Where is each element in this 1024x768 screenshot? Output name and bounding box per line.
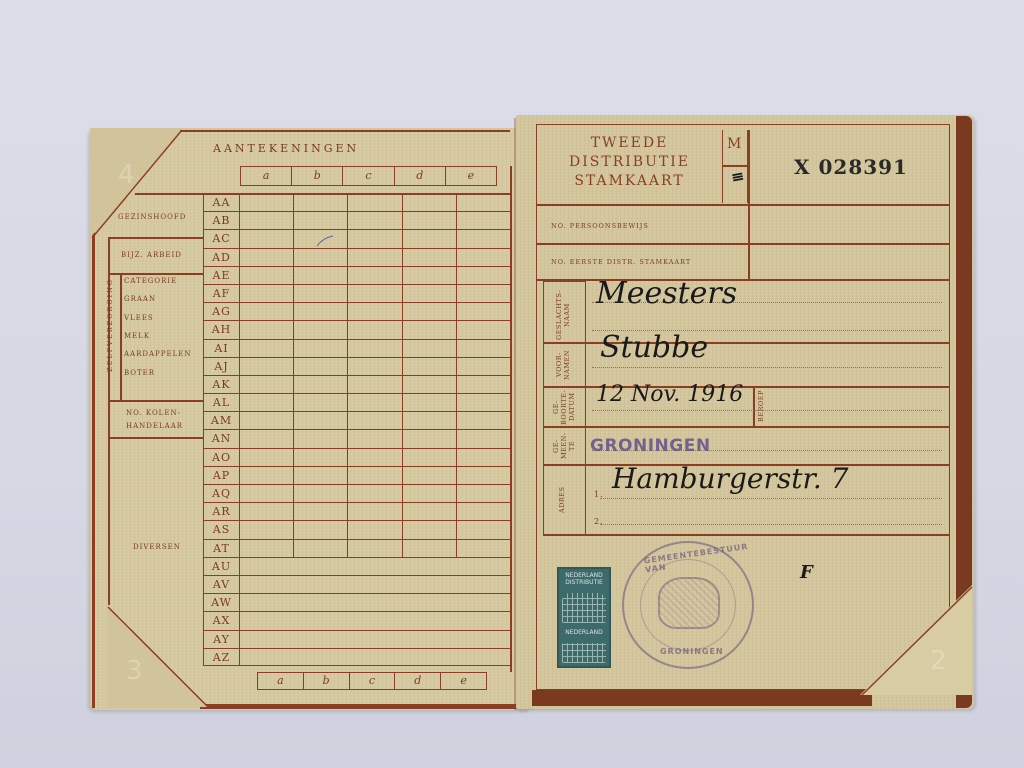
grid-cell[interactable] [457, 303, 510, 320]
grid-cell[interactable] [457, 285, 510, 302]
zelfverzorging-divider [120, 273, 122, 400]
divider [543, 426, 950, 428]
column-footer-c: c [350, 673, 396, 689]
label-vlees: VLEES [124, 314, 154, 322]
corner-number-2: 2 [930, 646, 947, 676]
row-code: AF [204, 284, 239, 302]
grid-cell[interactable] [348, 503, 402, 520]
grid-cell[interactable] [348, 394, 402, 411]
seal-bottom-text: GRONINGEN [660, 647, 724, 656]
table-row-wide[interactable] [240, 630, 510, 648]
grid-cell[interactable] [457, 358, 510, 375]
address-line-2-num: 2. [594, 517, 604, 526]
label-categorie: CATEGORIE [124, 277, 177, 285]
title-line-3: STAMKAART [537, 172, 722, 191]
table-row [240, 266, 510, 284]
row-code: AS [204, 520, 239, 538]
table-row [240, 375, 510, 393]
label-gemeente: GE- MEEN- TE [552, 430, 576, 462]
grid-cell[interactable] [348, 521, 402, 538]
m-label: M [727, 136, 741, 152]
grid-cell[interactable] [294, 358, 348, 375]
grid-cell[interactable] [403, 485, 457, 502]
grid-cell[interactable] [348, 485, 402, 502]
grid-cell[interactable] [294, 485, 348, 502]
table-row [240, 429, 510, 447]
title-line-2: DISTRIBUTIE [537, 153, 722, 172]
table-row [240, 448, 510, 466]
grid-cell[interactable] [240, 230, 294, 247]
grid-cell[interactable] [294, 249, 348, 266]
handwritten-f: F [800, 562, 813, 583]
label-geslachtsnaam: GESLACHTS- NAAM [555, 290, 571, 340]
beroep-divider [753, 386, 755, 426]
row-code: AZ [204, 648, 239, 666]
grid-cell[interactable] [457, 449, 510, 466]
row-code: AA [204, 193, 239, 211]
stamp-pattern-icon [562, 593, 606, 623]
stamp-bottom-text: NEDERLAND [565, 629, 603, 636]
grid-cell[interactable] [403, 449, 457, 466]
row-code: AI [204, 339, 239, 357]
writing-line [600, 524, 942, 525]
grid-cell[interactable] [403, 412, 457, 429]
grid-cell[interactable] [403, 503, 457, 520]
grid-cell[interactable] [348, 376, 402, 393]
column-header-a: a [241, 167, 292, 185]
label-gezinshoofd: GEZINSHOOFD [118, 213, 186, 221]
row-code: AO [204, 448, 239, 466]
distribution-stamp: NEDERLAND DISTRIBUTIE NEDERLAND [557, 567, 611, 668]
row-code: AL [204, 393, 239, 411]
table-row-wide[interactable] [240, 557, 510, 575]
notes-grid [240, 193, 510, 666]
grid-cell[interactable] [403, 394, 457, 411]
grid-cell[interactable] [403, 376, 457, 393]
grid-cell[interactable] [403, 521, 457, 538]
grid-cell[interactable] [294, 503, 348, 520]
card-title: TWEEDE DISTRIBUTIE STAMKAART [537, 127, 722, 204]
grid-cell[interactable] [240, 430, 294, 447]
grid-cell[interactable] [240, 249, 294, 266]
writing-line [600, 498, 942, 499]
grid-cell[interactable] [240, 212, 294, 229]
left-top-border [180, 130, 510, 132]
table-row [240, 393, 510, 411]
table-row [240, 248, 510, 266]
grid-cell[interactable] [457, 212, 510, 229]
grid-cell[interactable] [457, 521, 510, 538]
grid-cell[interactable] [348, 540, 402, 557]
column-header-row: a b c d e [240, 166, 497, 186]
column-header-b: b [292, 167, 343, 185]
table-row [240, 411, 510, 429]
table-row [240, 302, 510, 320]
grid-cell[interactable] [403, 430, 457, 447]
grid-cell[interactable] [403, 540, 457, 557]
grid-cell[interactable] [403, 358, 457, 375]
grid-cell[interactable] [294, 194, 348, 211]
grid-cell[interactable] [294, 340, 348, 357]
grid-cell[interactable] [240, 467, 294, 484]
table-row [240, 466, 510, 484]
table-row [240, 211, 510, 229]
coat-of-arms-icon [658, 577, 720, 629]
grid-cell[interactable] [457, 194, 510, 211]
row-code: AK [204, 375, 239, 393]
row-code: AQ [204, 484, 239, 502]
column-footer-b: b [304, 673, 350, 689]
row-code: AU [204, 557, 239, 575]
section-divider [110, 400, 203, 402]
grid-cell[interactable] [240, 376, 294, 393]
grid-cell[interactable] [348, 194, 402, 211]
column-header-e: e [446, 167, 496, 185]
table-row [240, 520, 510, 538]
grid-cell[interactable] [348, 358, 402, 375]
address-line-1-num: 1. [594, 490, 604, 499]
grid-cell[interactable] [457, 430, 510, 447]
grid-cell[interactable] [457, 249, 510, 266]
grid-cell[interactable] [294, 376, 348, 393]
table-row [240, 502, 510, 520]
grid-cell[interactable] [240, 394, 294, 411]
grid-cell[interactable] [348, 449, 402, 466]
column-header-c: c [343, 167, 394, 185]
grid-cell[interactable] [240, 449, 294, 466]
label-melk: MELK [124, 332, 150, 340]
row-code: AG [204, 302, 239, 320]
column-header-d: d [395, 167, 446, 185]
row-code: AB [204, 211, 239, 229]
table-row [240, 357, 510, 375]
label-aardappelen: AARDAPPELEN [124, 350, 191, 358]
table-row [240, 320, 510, 338]
grid-cell[interactable] [403, 249, 457, 266]
grid-cell[interactable] [403, 267, 457, 284]
grid-cell[interactable] [240, 267, 294, 284]
column-footer-a: a [258, 673, 304, 689]
grid-cell[interactable] [240, 485, 294, 502]
grid-cell[interactable] [348, 267, 402, 284]
stamp-top-text: NEDERLAND DISTRIBUTIE [559, 572, 609, 586]
writing-line [592, 410, 942, 411]
grid-cell[interactable] [457, 467, 510, 484]
grid-cell[interactable] [457, 394, 510, 411]
row-code: AV [204, 575, 239, 593]
label-diversen: DIVERSEN [133, 543, 181, 551]
table-row [240, 229, 510, 247]
label-voornamen: VOOR- NAMEN [555, 346, 571, 384]
grid-cell[interactable] [348, 321, 402, 338]
grid-cell[interactable] [457, 485, 510, 502]
corner-number-4: 4 [118, 160, 135, 190]
section-divider [110, 273, 203, 275]
grid-cell[interactable] [457, 503, 510, 520]
grid-cell[interactable] [348, 412, 402, 429]
grid-cell[interactable] [403, 467, 457, 484]
grid-cell[interactable] [294, 540, 348, 557]
grid-cell[interactable] [457, 540, 510, 557]
grid-right-border [510, 166, 512, 672]
grid-cell[interactable] [348, 340, 402, 357]
writing-line [592, 367, 942, 368]
row-code: AY [204, 630, 239, 648]
label-handelaar: HANDELAAR [126, 422, 183, 430]
row-code: AP [204, 466, 239, 484]
table-row [240, 193, 510, 211]
grid-cell[interactable] [294, 321, 348, 338]
grid-cell[interactable] [403, 230, 457, 247]
corner-diagonal-bottomleft [100, 605, 220, 710]
grid-cell[interactable] [294, 467, 348, 484]
label-persoonsbewijs: NO. PERSOONSBEWIJS [551, 222, 649, 230]
table-row-wide[interactable] [240, 611, 510, 629]
row-code: AE [204, 266, 239, 284]
grid-cell[interactable] [457, 230, 510, 247]
grid-cell[interactable] [457, 376, 510, 393]
grid-cell[interactable] [240, 503, 294, 520]
label-boter: BOTER [124, 369, 155, 377]
grid-cell[interactable] [403, 321, 457, 338]
grid-cell[interactable] [348, 212, 402, 229]
grid-cell[interactable] [294, 285, 348, 302]
grid-cell[interactable] [294, 449, 348, 466]
grid-cell[interactable] [348, 467, 402, 484]
row-code: AH [204, 320, 239, 338]
row-code: AJ [204, 357, 239, 375]
label-geboortedatum: GE- BOORTE- DATUM [552, 389, 576, 425]
grid-cell[interactable] [403, 285, 457, 302]
grid-cell[interactable] [240, 303, 294, 320]
divider [537, 243, 950, 245]
grid-cell[interactable] [457, 340, 510, 357]
aantekeningen-title: AANTEKENINGEN [213, 142, 359, 155]
grid-cell[interactable] [294, 212, 348, 229]
row-code: AT [204, 539, 239, 557]
table-row-wide[interactable] [240, 575, 510, 593]
grid-cell[interactable] [294, 412, 348, 429]
row-code: AW [204, 593, 239, 611]
grid-cell[interactable] [348, 303, 402, 320]
table-row [240, 284, 510, 302]
stamp-pattern-icon [562, 643, 606, 663]
divider [543, 534, 950, 536]
title-line-1: TWEEDE [537, 134, 722, 153]
row-codes-column: AA AB AC AD AE AF AG AH AI AJ AK AL AM A… [203, 193, 240, 666]
label-kolen: NO. KOLEN- [126, 409, 181, 417]
grid-cell[interactable] [240, 321, 294, 338]
corner-diagonal-bottomright [860, 585, 975, 697]
grid-cell[interactable] [294, 303, 348, 320]
row-code: AX [204, 611, 239, 629]
section-divider [110, 437, 203, 439]
grid-cell[interactable] [240, 540, 294, 557]
municipality-stamp: GRONINGEN [590, 436, 711, 456]
grid-cell[interactable] [403, 303, 457, 320]
row-code: AM [204, 411, 239, 429]
grid-cell[interactable] [240, 521, 294, 538]
grid-cell[interactable] [457, 412, 510, 429]
grid-cell[interactable] [240, 340, 294, 357]
grid-cell[interactable] [348, 230, 402, 247]
label-graan: GRAAN [124, 295, 156, 303]
section-divider [110, 237, 203, 239]
row-code: AR [204, 502, 239, 520]
grid-cell[interactable] [348, 430, 402, 447]
grid-cell[interactable] [294, 430, 348, 447]
label-zelfverzorging: ZELFVERZORGING [106, 278, 114, 372]
grid-cell[interactable] [348, 285, 402, 302]
divider-vertical [748, 130, 750, 280]
column-footer-e: e [441, 673, 486, 689]
table-row-wide[interactable] [240, 593, 510, 611]
grid-cell[interactable] [240, 412, 294, 429]
grid-cell[interactable] [403, 212, 457, 229]
row-code: AN [204, 429, 239, 447]
divider [537, 204, 950, 206]
grid-cell[interactable] [457, 321, 510, 338]
serial-number: X 028391 [794, 155, 908, 179]
municipal-seal: GEMEENTEBESTUUR VAN GRONINGEN [622, 541, 754, 669]
table-row [240, 539, 510, 557]
row-code: AC [204, 229, 239, 247]
column-footer-d: d [395, 673, 441, 689]
right-bottom-edge [532, 690, 872, 706]
table-row [240, 484, 510, 502]
label-adres: ADRES [558, 480, 566, 520]
label-eerste-stamkaart: NO. EERSTE DISTR. STAMKAART [551, 258, 691, 266]
table-row [240, 339, 510, 357]
grid-cell[interactable] [240, 358, 294, 375]
label-bijz-arbeid: BIJZ. ARBEID [121, 251, 182, 259]
row-code: AD [204, 248, 239, 266]
grid-cell[interactable] [294, 267, 348, 284]
grid-cell[interactable] [403, 194, 457, 211]
birthdate-value: 12 Nov. 1916 [596, 382, 743, 407]
grid-cell[interactable] [348, 249, 402, 266]
grid-cell[interactable] [294, 394, 348, 411]
corner-diagonal-topleft [90, 128, 210, 248]
pen-mark [315, 234, 335, 248]
grid-cell[interactable] [403, 340, 457, 357]
grid-cell[interactable] [240, 285, 294, 302]
grid-cell[interactable] [457, 267, 510, 284]
column-footer-row: a b c d e [257, 672, 487, 690]
label-beroep: BEROEP [757, 388, 765, 424]
table-row-wide[interactable] [240, 648, 510, 666]
firstname-value: Stubbe [600, 330, 708, 365]
address-value: Hamburgerstr. 7 [612, 462, 848, 495]
left-bottom-edge [200, 704, 530, 709]
grid-cell[interactable] [294, 521, 348, 538]
surname-value: Meesters [596, 276, 737, 311]
grid-cell[interactable] [240, 194, 294, 211]
corner-number-3: 3 [126, 656, 143, 686]
